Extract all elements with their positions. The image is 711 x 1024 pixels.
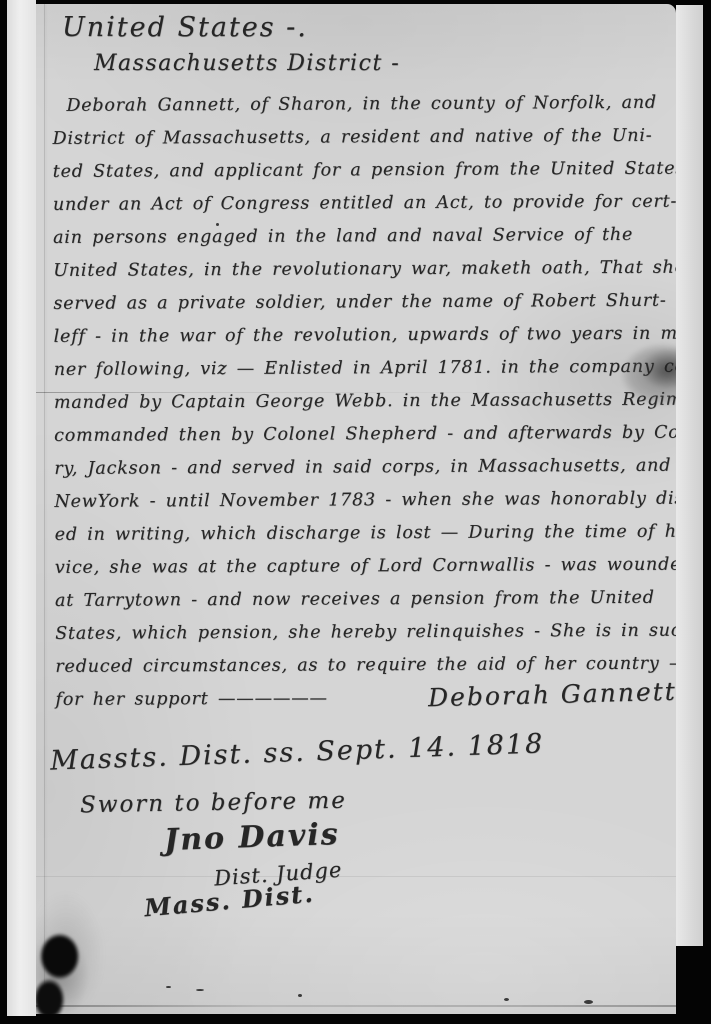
jurat-dateline: Massts. Dist. ss. Sept. 14. 1818	[50, 728, 545, 776]
manuscript-line: ner following, viz — Enlisted in April 1…	[54, 356, 676, 393]
manuscript-line: vice, she was at the capture of Lord Cor…	[55, 554, 676, 591]
manuscript-line: States, which pension, she hereby relinq…	[55, 620, 676, 657]
manuscript-line: ain persons engaged in the land and nava…	[53, 224, 676, 261]
manuscript-line: commanded then by Colonel Shepherd - and…	[54, 422, 676, 459]
manuscript-line: at Tarrytown - and now receives a pensio…	[55, 587, 676, 624]
manuscript-line: manded by Captain George Webb. in the Ma…	[54, 389, 676, 426]
manuscript-line: NewYork - until November 1783 - when she…	[54, 488, 676, 525]
horizontal-crease	[36, 1005, 676, 1007]
judge-district: Mass. Dist.	[143, 879, 316, 923]
heading-united-states: United States -.	[62, 12, 308, 43]
scan-right-edge	[676, 5, 703, 946]
scanned-document: United States -. Massachusetts District …	[0, 0, 711, 1024]
ink-blot	[36, 930, 94, 1014]
scan-left-edge	[7, 0, 36, 1016]
jurat-sworn-line: Sworn to before me	[80, 788, 347, 819]
judge-signature: Jno Davis	[163, 817, 340, 858]
manuscript-line: United States, in the revolutionary war,…	[53, 257, 676, 294]
manuscript-line: leff - in the war of the revolution, upw…	[54, 323, 676, 360]
paper-speck	[584, 1000, 593, 1004]
paper-speck	[216, 223, 219, 226]
paper-speck	[298, 994, 302, 997]
manuscript-line: ted States, and applicant for a pension …	[53, 158, 676, 195]
manuscript-line: served as a private soldier, under the n…	[53, 290, 676, 327]
manuscript-line: under an Act of Congress entitled an Act…	[53, 191, 676, 228]
manuscript-line: ed in writing, which discharge is lost —…	[55, 521, 676, 558]
heading-massachusetts-district: Massachusetts District -	[94, 51, 400, 76]
paper-speck	[166, 986, 171, 988]
document-page: United States -. Massachusetts District …	[36, 4, 676, 1014]
manuscript-line: ry, Jackson - and served in said corps, …	[54, 455, 676, 492]
affidavit-body: Deborah Gannett, of Sharon, in the count…	[52, 92, 676, 723]
paper-speck	[504, 998, 509, 1001]
horizontal-crease	[36, 876, 676, 877]
manuscript-line: District of Massachusetts, a resident an…	[53, 125, 676, 162]
paper-speck	[196, 989, 204, 991]
manuscript-line: Deborah Gannett, of Sharon, in the count…	[52, 92, 676, 129]
